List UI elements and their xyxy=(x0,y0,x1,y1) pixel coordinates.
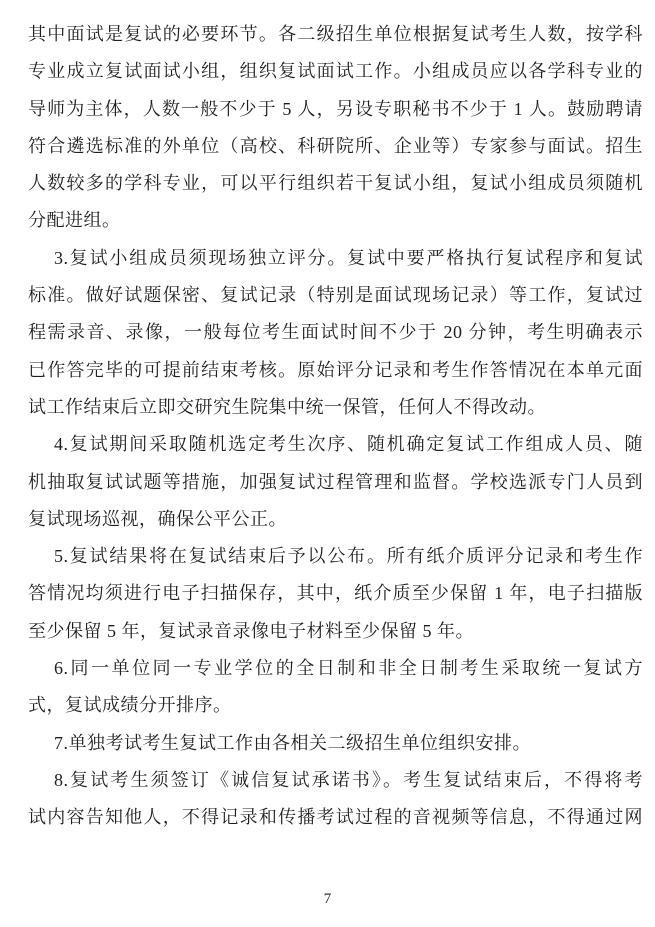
text-line: 复试现场巡视，确保公平公正。 xyxy=(28,501,643,538)
text-line: 试工作结束后立即交研究生院集中统一保管，任何人不得改动。 xyxy=(28,389,643,426)
text-line: 5.复试结果将在复试结束后予以公布。所有纸介质评分记录和考生作 xyxy=(28,538,643,575)
text-line: 3.复试小组成员须现场独立评分。复试中要严格执行复试程序和复试 xyxy=(28,240,643,277)
text-line: 导师为主体，人数一般不少于 5 人，另设专职秘书不少于 1 人。鼓励聘请 xyxy=(28,91,643,128)
text-line: 试内容告知他人，不得记录和传播考试过程的音视频等信息，不得通过网 xyxy=(28,799,643,836)
text-line: 式，复试成绩分开排序。 xyxy=(28,687,643,724)
page-number: 7 xyxy=(0,888,655,910)
text-line: 符合遴选标准的外单位（高校、科研院所、企业等）专家参与面试。招生 xyxy=(28,128,643,165)
text-line: 人数较多的学科专业，可以平行组织若干复试小组，复试小组成员须随机 xyxy=(28,165,643,202)
text-line: 程需录音、录像，一般每位考生面试时间不少于 20 分钟，考生明确表示 xyxy=(28,314,643,351)
document-body: 其中面试是复试的必要环节。各二级招生单位根据复试考生人数，按学科专业成立复试面试… xyxy=(28,16,643,837)
text-line: 至少保留 5 年，复试录音录像电子材料至少保留 5 年。 xyxy=(28,613,643,650)
text-line: 已作答完毕的可提前结束考核。原始评分记录和考生作答情况在本单元面 xyxy=(28,352,643,389)
text-line: 标准。做好试题保密、复试记录（特别是面试现场记录）等工作，复试过 xyxy=(28,277,643,314)
text-line: 4.复试期间采取随机选定考生次序、随机确定复试工作组成人员、随 xyxy=(28,426,643,463)
text-line: 7.单独考试考生复试工作由各相关二级招生单位组织安排。 xyxy=(28,725,643,762)
text-line: 其中面试是复试的必要环节。各二级招生单位根据复试考生人数，按学科 xyxy=(28,16,643,53)
text-line: 6.同一单位同一专业学位的全日制和非全日制考生采取统一复试方 xyxy=(28,650,643,687)
text-line: 专业成立复试面试小组，组织复试面试工作。小组成员应以各学科专业的 xyxy=(28,53,643,90)
text-line: 机抽取复试试题等措施，加强复试过程管理和监督。学校选派专门人员到 xyxy=(28,464,643,501)
text-line: 8.复试考生须签订《诚信复试承诺书》。考生复试结束后，不得将考 xyxy=(28,762,643,799)
text-line: 分配进组。 xyxy=(28,202,643,239)
document-page: 其中面试是复试的必要环节。各二级招生单位根据复试考生人数，按学科专业成立复试面试… xyxy=(0,0,655,927)
text-line: 答情况均须进行电子扫描保存，其中，纸介质至少保留 1 年，电子扫描版 xyxy=(28,575,643,612)
